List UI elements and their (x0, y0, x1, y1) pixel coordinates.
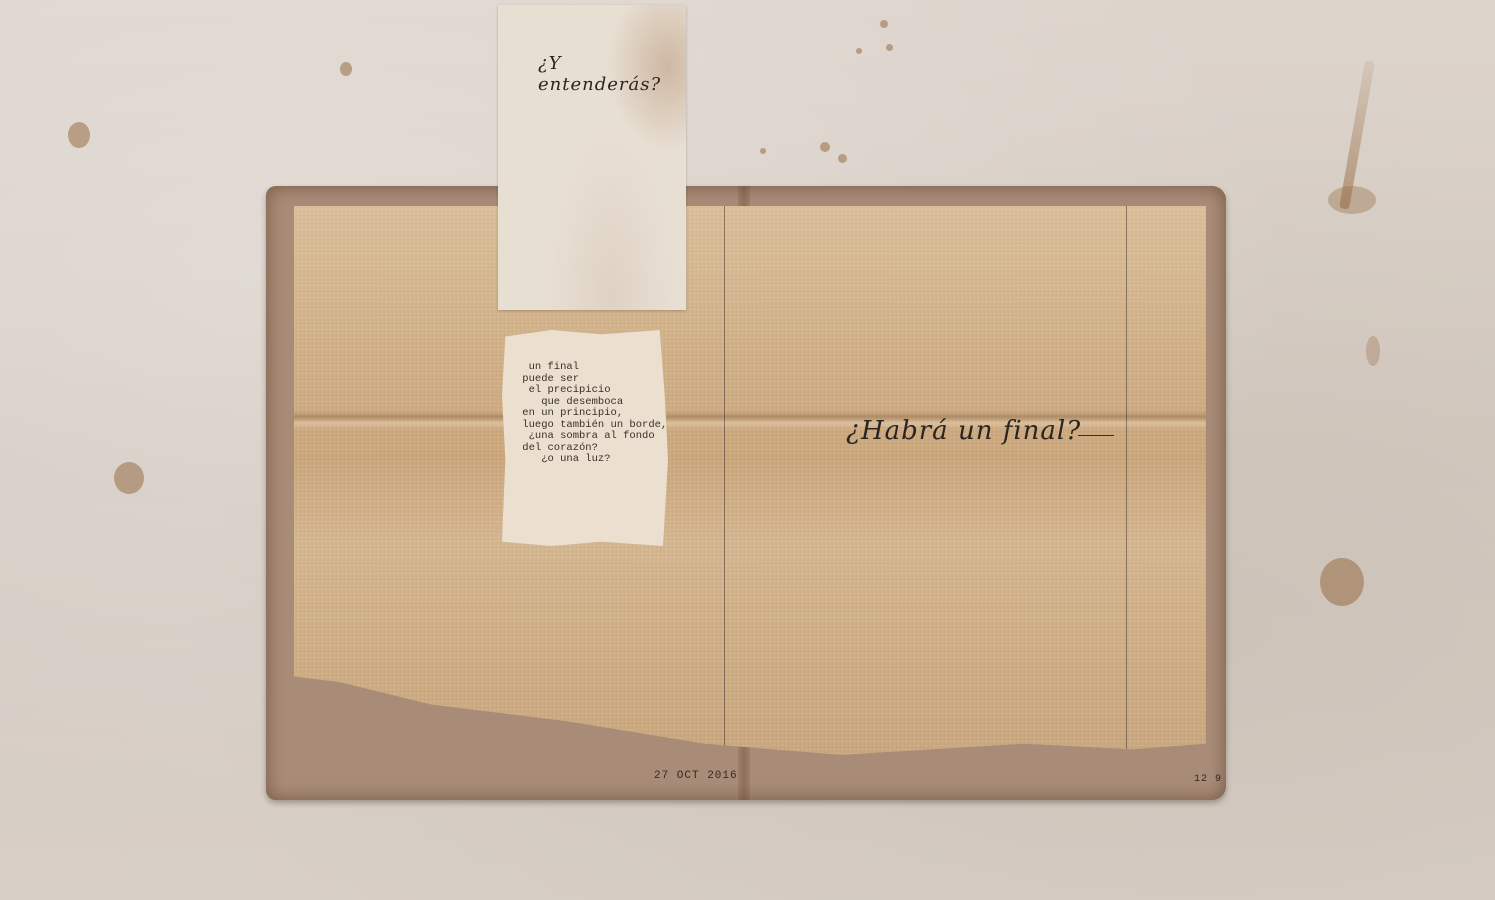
wall-stain (1320, 558, 1364, 606)
book-page (294, 206, 1206, 766)
wall-stain (760, 148, 766, 154)
wall-stain (114, 462, 144, 494)
book-cover: 27 OCT 2016 12 9 (266, 186, 1226, 800)
top-note: ¿Y entenderás? (498, 5, 686, 310)
wall-stain (68, 122, 90, 148)
top-note-text: ¿Y entenderás? (538, 53, 686, 95)
wall-stain (820, 142, 830, 152)
wall-stain (856, 48, 862, 54)
wall-stain (838, 154, 847, 163)
poem-text: un final puede ser el precipicio que des… (516, 362, 667, 466)
page-question: ¿Habrá un final? (846, 416, 1081, 446)
wall-stain (1366, 336, 1380, 366)
date-stamp: 27 OCT 2016 (654, 770, 738, 782)
pencil-line (724, 206, 725, 766)
page-number-stamp: 12 9 (1194, 774, 1222, 785)
wall-stain (340, 62, 352, 76)
poem-note: un final puede ser el precipicio que des… (502, 330, 668, 546)
wall-stain (880, 20, 888, 28)
wall-stain (886, 44, 893, 51)
pencil-dash (1078, 435, 1114, 436)
pencil-line (1126, 206, 1127, 766)
